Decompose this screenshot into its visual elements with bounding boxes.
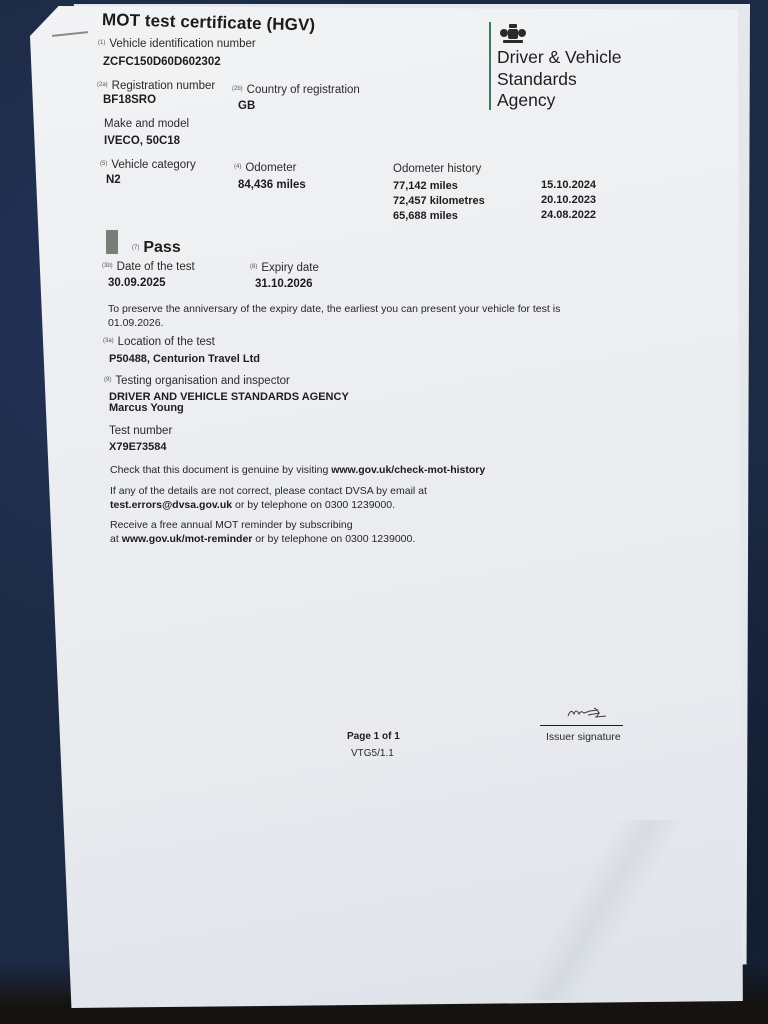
- odometer-history-date-2: 20.10.2023: [541, 194, 596, 206]
- category-field-number: (5): [100, 161, 107, 167]
- organisation-label-text: Testing organisation and inspector: [115, 375, 290, 387]
- agency-accent-bar: [489, 22, 491, 110]
- registration-field-number: (2a): [97, 82, 108, 88]
- anniversary-note-line1: To preserve the anniversary of the expir…: [108, 302, 560, 316]
- country-label: (2b)Country of registration: [232, 84, 360, 96]
- anniversary-note: To preserve the anniversary of the expir…: [108, 302, 560, 330]
- agency-name-line1: Driver & Vehicle: [497, 47, 622, 69]
- odometer-value: 84,436 miles: [238, 179, 306, 191]
- location-field-number: (3a): [103, 338, 114, 344]
- organisation-field-number: (9): [104, 377, 111, 383]
- anniversary-note-line2: 01.09.2026.: [108, 316, 560, 330]
- genuine-check-note: Check that this document is genuine by v…: [110, 463, 485, 477]
- odometer-history-reading-1: 77,142 miles: [393, 180, 458, 192]
- result-field-number: (7): [132, 245, 139, 251]
- result-status-bar: [106, 230, 118, 254]
- odometer-history-label: Odometer history: [393, 163, 481, 175]
- odometer-label: (4)Odometer: [234, 162, 296, 174]
- odometer-field-number: (4): [234, 164, 241, 170]
- inspector-name: Marcus Young: [109, 403, 349, 414]
- genuine-check-text: Check that this document is genuine by v…: [110, 464, 331, 476]
- issuer-signature-icon: [566, 704, 616, 720]
- agency-name-line2: Standards: [497, 69, 622, 91]
- reminder-prefix: at: [110, 533, 122, 545]
- document-title: MOT test certificate (HGV): [102, 10, 316, 36]
- location-label-text: Location of the test: [118, 336, 215, 348]
- vin-value: ZCFC150D60D602302: [103, 56, 221, 68]
- location-value: P50488, Centurion Travel Ltd: [109, 353, 260, 365]
- test-number-value: X79E73584: [109, 441, 167, 453]
- test-number-label: Test number: [109, 425, 172, 437]
- organisation-value: DRIVER AND VEHICLE STANDARDS AGENCY Marc…: [109, 392, 349, 414]
- errors-note: If any of the details are not correct, p…: [110, 484, 427, 512]
- expiry-date-label: (8)Expiry date: [250, 262, 319, 274]
- location-label: (3a)Location of the test: [103, 336, 215, 348]
- category-label-text: Vehicle category: [111, 159, 195, 171]
- make-model-value: IVECO, 50C18: [104, 135, 180, 147]
- expiry-date-field-number: (8): [250, 264, 257, 270]
- errors-email-link[interactable]: test.errors@dvsa.gov.uk: [110, 499, 232, 511]
- country-field-number: (2b): [232, 86, 243, 92]
- reminder-note: Receive a free annual MOT reminder by su…: [110, 518, 415, 546]
- certificate-content: MOT test certificate (HGV) Driver & Vehi…: [0, 0, 768, 1024]
- registration-label: (2a)Registration number: [97, 80, 215, 92]
- agency-name: Driver & Vehicle Standards Agency: [497, 47, 622, 112]
- odometer-label-text: Odometer: [245, 162, 296, 174]
- organisation-label: (9)Testing organisation and inspector: [104, 375, 290, 387]
- check-mot-history-link[interactable]: www.gov.uk/check-mot-history: [331, 464, 485, 476]
- vin-label-text: Vehicle identification number: [109, 38, 255, 50]
- result: (7)Pass: [132, 239, 181, 257]
- signature-line: [540, 725, 623, 726]
- odometer-history-reading-3: 65,688 miles: [393, 210, 458, 222]
- odometer-history-reading-2: 72,457 kilometres: [393, 195, 485, 207]
- test-date-field-number: (3b): [102, 263, 113, 269]
- result-value: Pass: [143, 239, 180, 256]
- odometer-history-date-3: 24.08.2022: [541, 209, 596, 221]
- odometer-history-date-1: 15.10.2024: [541, 179, 596, 191]
- mot-reminder-link[interactable]: www.gov.uk/mot-reminder: [122, 533, 253, 545]
- category-label: (5)Vehicle category: [100, 159, 196, 171]
- country-value: GB: [238, 100, 255, 112]
- test-date-label-text: Date of the test: [117, 261, 195, 273]
- reminder-note-line1: Receive a free annual MOT reminder by su…: [110, 518, 415, 532]
- royal-crest-icon: [498, 22, 528, 46]
- test-date-value: 30.09.2025: [108, 277, 166, 289]
- issuer-signature-label: Issuer signature: [546, 731, 621, 743]
- vin-field-number: (1): [98, 40, 105, 46]
- reminder-phone: or by telephone on 0300 1239000.: [252, 533, 415, 545]
- page-number: Page 1 of 1: [347, 731, 400, 742]
- expiry-date-value: 31.10.2026: [255, 278, 313, 290]
- errors-note-line1: If any of the details are not correct, p…: [110, 484, 427, 498]
- errors-note-phone: or by telephone on 0300 1239000.: [232, 499, 395, 511]
- agency-name-line3: Agency: [497, 90, 622, 112]
- form-code: VTG5/1.1: [351, 748, 394, 759]
- registration-label-text: Registration number: [112, 80, 216, 92]
- registration-value: BF18SRO: [103, 94, 156, 106]
- country-label-text: Country of registration: [247, 84, 360, 96]
- vin-label: (1)Vehicle identification number: [98, 38, 256, 50]
- expiry-date-label-text: Expiry date: [261, 262, 319, 274]
- test-date-label: (3b)Date of the test: [102, 261, 195, 273]
- make-model-label: Make and model: [104, 118, 189, 130]
- category-value: N2: [106, 174, 121, 186]
